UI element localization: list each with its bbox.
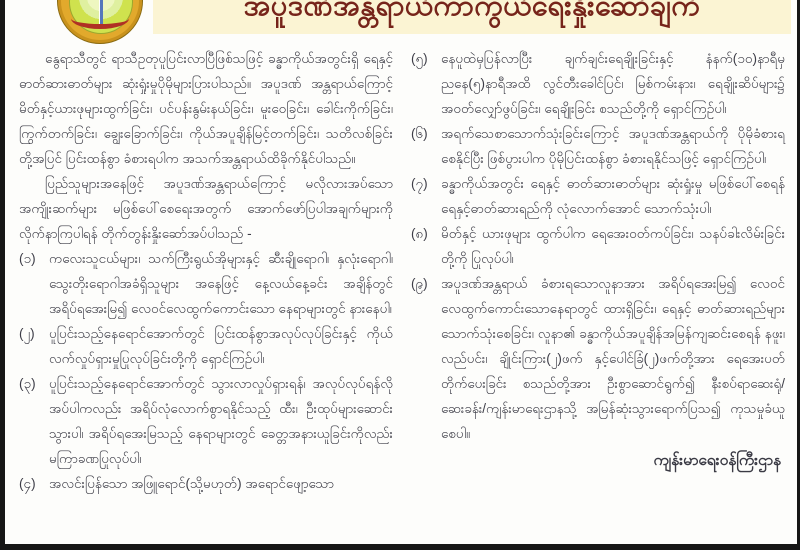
item-number: (၉) [411,271,441,446]
item-text: မိတ်နှင့် ယားဖုများ ထွက်ပါက ရေအေးဝတ်ကပ်ခ… [441,221,785,271]
list-item-8: (၈) မိတ်နှင့် ယားဖုများ ထွက်ပါက ရေအေးဝတ်… [411,221,785,271]
list-item-2: (၂) ပူပြင်းသည့်နေရောင်အောက်တွင် ပြင်းထန်… [19,321,393,371]
list-item-7: (၇) ခန္ဓာကိုယ်အတွင်း ရေနှင့် ဓာတ်ဆားဓာတ်… [411,171,785,221]
list-item-9: (၉) အပူဒဏ်အန္တရာယ် ခံစားရသောလူနာအား အရိပ… [411,271,785,446]
page-title: အပူဒဏ်အန္တရာယ်ကာကွယ်ရေးနှိုးဆော်ချက် [153,0,791,30]
list-item-4: (၄) အလင်းပြန်သော အဖြူရောင်(သို့မဟုတ်) အရ… [19,471,393,496]
item-number: (၄) [19,471,49,496]
document-body: နွေရာသီတွင် ရာသီဥတုပူပြင်းလာပြီဖြစ်သဖြင့… [5,44,797,496]
intro-paragraph-1: နွေရာသီတွင် ရာသီဥတုပူပြင်းလာပြီဖြစ်သဖြင့… [19,46,393,171]
item-number: (၃) [19,371,49,471]
item-text: အပူဒဏ်အန္တရာယ် ခံစားရသောလူနာအား အရိပ်ရအေ… [441,271,785,446]
seal-ribbon [71,8,129,29]
document-header: အပူဒဏ်အန္တရာယ်ကာကွယ်ရေးနှိုးဆော်ချက် [5,0,797,44]
signature-ministry-of-health: ကျန်းမာရေးဝန်ကြီးဌာန [411,448,785,473]
item-number: (၈) [411,221,441,271]
list-item-3: (၃) ပူပြင်းသည့်နေရောင်အောက်တွင် သွားလာလှ… [19,371,393,471]
item-text: ပူပြင်းသည့်နေရောင်အောက်တွင် ပြင်းထန်စွာအ… [49,321,393,371]
left-column: နွေရာသီတွင် ရာသီဥတုပူပြင်းလာပြီဖြစ်သဖြင့… [19,46,393,496]
list-item-5: (၅) နေပူထဲမှပြန်လာပြီး ချက်ချင်းရေချိုးခ… [411,46,785,121]
item-text: ခန္ဓာကိုယ်အတွင်း ရေနှင့် ဓာတ်ဆားဓာတ်များ… [441,171,785,221]
notice-document: အပူဒဏ်အန္တရာယ်ကာကွယ်ရေးနှိုးဆော်ချက် နွေ… [0,0,800,550]
item-number: (၂) [19,321,49,371]
right-column: (၅) နေပူထဲမှပြန်လာပြီး ချက်ချင်းရေချိုးခ… [411,46,785,496]
item-number: (၇) [411,171,441,221]
ministry-of-health-seal-icon [57,0,143,44]
title-banner: အပူဒဏ်အန္တရာယ်ကာကွယ်ရေးနှိုးဆော်ချက် [153,0,791,34]
list-item-6: (၆) အရက်သေစာသောက်သုံးခြင်းကြောင့် အပူဒဏ်… [411,121,785,171]
list-item-1: (၁) ကလေးသူငယ်များ၊ သက်ကြီးရွယ်အိုများနှင… [19,246,393,321]
intro-paragraph-2: ပြည်သူများအနေဖြင့် အပူဒဏ်အန္တရာယ်ကြောင့်… [19,171,393,246]
item-text: ပူပြင်းသည့်နေရောင်အောက်တွင် သွားလာလှုပ်ရ… [49,371,393,471]
item-text: အလင်းပြန်သော အဖြူရောင်(သို့မဟုတ်) အရောင်… [49,471,393,496]
item-number: (၆) [411,121,441,171]
item-number: (၅) [411,46,441,121]
item-text: ကလေးသူငယ်များ၊ သက်ကြီးရွယ်အိုများနှင့် ဆ… [49,246,393,321]
item-text: နေပူထဲမှပြန်လာပြီး ချက်ချင်းရေချိုးခြင်း… [441,46,785,121]
item-text: အရက်သေစာသောက်သုံးခြင်းကြောင့် အပူဒဏ်အန္တ… [441,121,785,171]
item-number: (၁) [19,246,49,321]
